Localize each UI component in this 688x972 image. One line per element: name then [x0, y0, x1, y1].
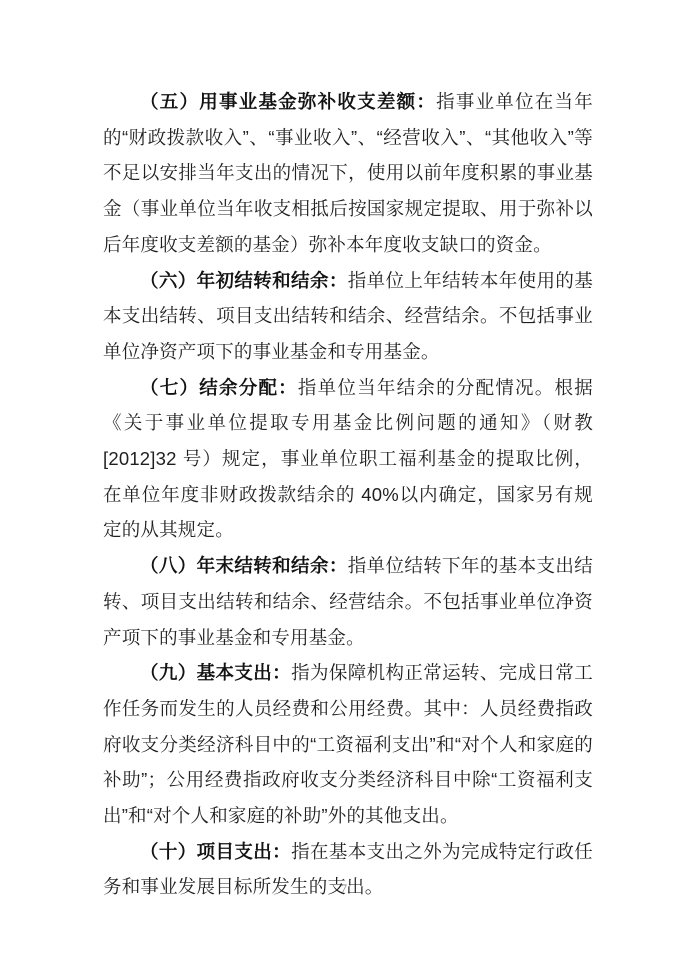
paragraph-item-7-term: （七）结余分配：	[140, 377, 298, 398]
document-page: （五）用事业基金弥补收支差额：指事业单位在当年的“财政拨款收入”、“事业收入”、…	[0, 0, 688, 972]
paragraph-item-8: （八）年末结转和结余：指单位结转下年的基本支出结转、项目支出结转和结余、经营结余…	[103, 548, 593, 655]
paragraph-item-9-definition: 指为保障机构正常运转、完成日常工作任务而发生的人员经费和公用经费。其中：人员经费…	[103, 662, 593, 826]
paragraph-item-7: （七）结余分配：指单位当年结余的分配情况。根据《关于事业单位提取专用基金比例问题…	[103, 370, 593, 549]
paragraph-item-5-definition: 指事业单位在当年的“财政拨款收入”、“事业收入”、“经营收入”、“其他收入”等不…	[103, 91, 593, 255]
paragraph-item-6-term: （六）年初结转和结余：	[140, 270, 348, 291]
paragraph-item-8-term: （八）年末结转和结余：	[140, 555, 348, 576]
paragraph-item-9-term: （九）基本支出：	[140, 662, 291, 683]
page-number: 7	[0, 881, 688, 896]
paragraph-item-10-term: （十）项目支出：	[140, 841, 291, 862]
paragraph-item-6: （六）年初结转和结余：指单位上年结转本年使用的基本支出结转、项目支出结转和结余、…	[103, 263, 593, 370]
paragraph-item-5: （五）用事业基金弥补收支差额：指事业单位在当年的“财政拨款收入”、“事业收入”、…	[103, 84, 593, 263]
paragraph-item-9: （九）基本支出：指为保障机构正常运转、完成日常工作任务而发生的人员经费和公用经费…	[103, 655, 593, 834]
paragraph-item-7-definition: 指单位当年结余的分配情况。根据《关于事业单位提取专用基金比例问题的通知》（财教[…	[103, 377, 593, 541]
document-body: （五）用事业基金弥补收支差额：指事业单位在当年的“财政拨款收入”、“事业收入”、…	[103, 84, 593, 905]
paragraph-item-5-term: （五）用事业基金弥补收支差额：	[140, 91, 436, 112]
